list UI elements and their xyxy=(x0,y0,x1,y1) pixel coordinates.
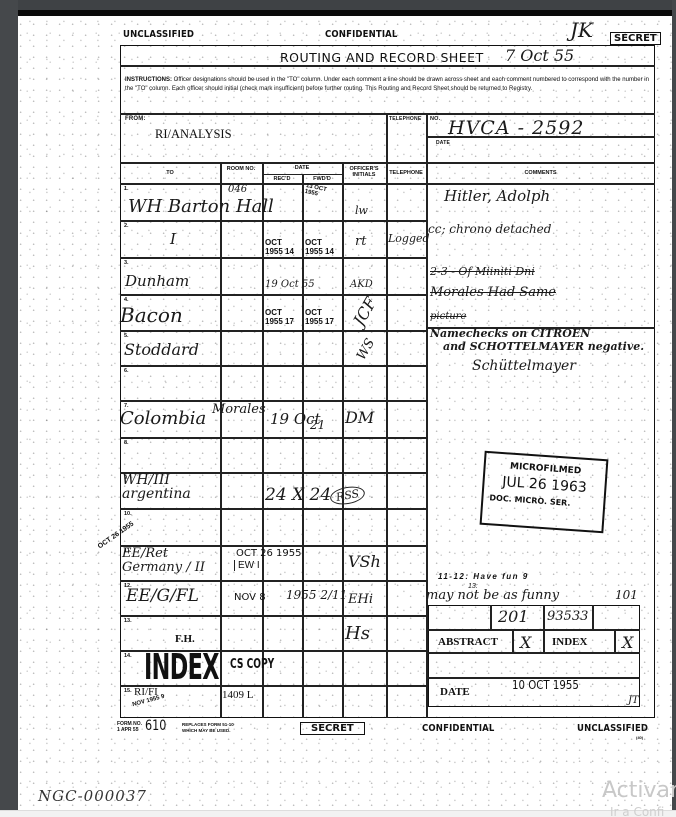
row7-initials: DM xyxy=(345,408,374,427)
handwritten-initials-top: JK xyxy=(570,18,593,42)
row2-recd-stamp: OCT 1955 14 xyxy=(265,238,301,256)
row4-fwdd-stamp: OCT 1955 17 xyxy=(305,308,341,326)
file-prefix: 201 xyxy=(498,607,529,626)
row12-fwdd: 1955 2/11 xyxy=(286,588,347,602)
comment-line-2: cc; chrono detached xyxy=(428,222,551,236)
index-box-hline-1 xyxy=(428,629,640,631)
row-number: 14. xyxy=(124,653,132,659)
row-line-4 xyxy=(120,330,426,332)
instructions-text: Officer designations should be used in t… xyxy=(125,77,649,92)
row-line-2 xyxy=(120,257,426,259)
microfilmed-stamp: MICROFILMED JUL 26 1963 DOC. MICRO. SER. xyxy=(480,451,609,533)
column-header-recd: REC'D xyxy=(262,176,302,182)
row13-to: F.H. xyxy=(175,633,195,645)
row12-initials: EHi xyxy=(348,592,373,607)
row3-to: Dunham xyxy=(125,272,189,290)
comment-line-4-struck: Morales Had Same xyxy=(430,285,556,300)
telephone-label-top: TELEPHONE xyxy=(389,116,421,122)
row-line-5 xyxy=(120,365,426,367)
row12-room-stamp: NOV 8 xyxy=(234,592,266,603)
comment-line-3-struck: 2-3 - Of Miiniti Dni xyxy=(430,265,535,278)
column-header-telephone: TELEPHONE xyxy=(386,170,426,176)
viewer-right-gutter xyxy=(672,0,676,810)
file-number: 93533 xyxy=(547,609,588,624)
form-number: 610 xyxy=(145,718,166,734)
from-divider xyxy=(120,113,655,115)
row11-recd-stamp: OCT 26 1955 xyxy=(236,548,316,559)
row1-room: 046 xyxy=(228,184,247,195)
comment-line-10-suffix: 101 xyxy=(615,588,638,602)
row-number: 5. xyxy=(124,333,129,339)
form-title: ROUTING AND RECORD SHEET xyxy=(280,50,484,65)
comments-header-line xyxy=(426,183,655,185)
title-divider xyxy=(120,65,655,67)
cs-copy-stamp: CS COPY xyxy=(230,657,274,672)
comment-line-7: and SCHOTTELMAYER negative. xyxy=(443,340,644,353)
column-header-to: TO xyxy=(120,170,220,176)
handwritten-title-date: 7 Oct 55 xyxy=(505,46,574,65)
row2-to: I xyxy=(170,230,176,248)
form-number-label: FORM NO. 1 APR 55 xyxy=(117,721,143,733)
index-box-vline-3 xyxy=(592,605,594,629)
row-line-12 xyxy=(120,615,426,617)
index-stamp: INDEX xyxy=(144,647,219,688)
row4-to: Bacon xyxy=(120,303,183,327)
classification-unclassified-top: UNCLASSIFIED xyxy=(123,29,194,40)
row-number: 8. xyxy=(124,440,129,446)
windows-activation-watermark: Activar xyxy=(602,778,676,803)
from-value: RI/ANALYSIS xyxy=(155,127,232,142)
row11-room: EW I xyxy=(234,560,260,571)
header-top-line xyxy=(120,162,655,164)
index-corner-initials: JT xyxy=(628,695,639,706)
viewer-bottom-bar xyxy=(0,810,676,817)
comment-line-1: Hitler, Adolph xyxy=(444,187,550,205)
grid-col-room xyxy=(220,162,222,718)
row2-fwdd-stamp: OCT 1955 14 xyxy=(305,238,341,256)
column-header-fwdd: FWD'D xyxy=(302,176,342,182)
viewer-left-gutter xyxy=(0,0,18,810)
abstract-check: X xyxy=(520,633,531,652)
column-header-date: DATE xyxy=(262,165,342,171)
abstract-label: ABSTRACT xyxy=(438,636,498,648)
row7-fwdd: 21 xyxy=(310,418,325,432)
index-box-hline-2 xyxy=(428,652,640,654)
row1-initials: lw xyxy=(355,204,368,217)
row-number: 10. xyxy=(124,511,132,517)
grid-col-telephone xyxy=(386,162,388,718)
row7-to: Colombia xyxy=(120,408,206,429)
index-box-vline-1 xyxy=(490,605,492,629)
row1-to: WH Barton Hall xyxy=(128,196,274,217)
row-line-6 xyxy=(120,400,426,402)
windows-activation-watermark-sub: Ir a Confi xyxy=(610,805,664,817)
row-line-0 xyxy=(120,183,426,185)
row5-to: Stoddard xyxy=(124,340,199,359)
index-check: X xyxy=(622,633,633,652)
row2-telephone-note: Logged xyxy=(388,232,430,245)
row-line-9 xyxy=(120,508,426,510)
classification-unclassified-bottom: UNCLASSIFIED xyxy=(577,723,648,734)
row-number: 3. xyxy=(124,260,129,266)
column-header-comments: COMMENTS xyxy=(426,170,655,176)
instructions-block: INSTRUCTIONS: Officer designations shoul… xyxy=(125,76,650,93)
scan-top-band xyxy=(18,10,672,16)
replaces-form-note: REPLACES FORM 51-10 WHICH MAY BE USED. xyxy=(182,722,240,733)
row-line-7 xyxy=(120,437,426,439)
row-line-3 xyxy=(120,294,426,296)
row4-recd-stamp: OCT 1955 17 xyxy=(265,308,301,326)
comment-line-8: Schüttelmayer xyxy=(472,358,576,374)
index-date-label: DATE xyxy=(440,686,470,698)
row-number: 15. xyxy=(124,688,132,694)
document-id: NGC-000037 xyxy=(38,787,147,805)
row15-room: 1409 L xyxy=(222,688,258,703)
row-line-11 xyxy=(120,580,426,582)
comment-line-9: 11-12: Have fun 9 xyxy=(438,572,529,581)
from-label: FROM: xyxy=(125,116,146,122)
viewer-top-bar xyxy=(0,0,676,10)
comment-line-5-struck: picture xyxy=(430,311,466,322)
row-number: 2. xyxy=(124,223,129,229)
instructions-label: INSTRUCTIONS: xyxy=(125,77,172,83)
row13-initials: Hs xyxy=(345,623,370,644)
date-label-top: DATE xyxy=(436,140,450,146)
column-header-initials: OFFICER'S INITIALS xyxy=(342,166,386,178)
column-header-room: ROOM NO. xyxy=(220,166,262,172)
row9-recd: 24 X 24 xyxy=(265,485,331,505)
classification-secret-top: SECRET xyxy=(610,32,661,45)
row7-room: Morales xyxy=(212,402,266,417)
comment-line-10: may not be as funny xyxy=(426,588,559,603)
grid-col-initials xyxy=(342,162,344,718)
row2-initials: rt xyxy=(355,234,366,249)
row3-recd: 19 Oct 55 xyxy=(265,279,315,290)
classification-confidential-bottom: CONFIDENTIAL xyxy=(422,723,495,734)
grid-col-fwdd xyxy=(302,174,304,718)
row-number: 1. xyxy=(124,186,129,192)
comment-line-6: Namechecks on CITROEN xyxy=(430,327,590,340)
index-date-value: 10 OCT 1955 xyxy=(512,678,579,692)
index-label: INDEX xyxy=(552,636,587,648)
index-box-vline-5 xyxy=(614,629,616,652)
row-number: 13. xyxy=(124,618,132,624)
classification-confidential-top: CONFIDENTIAL xyxy=(325,29,398,40)
row-number: 6. xyxy=(124,368,129,374)
no-date-divider xyxy=(426,136,655,138)
no-label: NO. xyxy=(430,116,440,122)
row9-to: WH/III argentina xyxy=(122,473,218,501)
row12-to: EE/G/FL xyxy=(126,586,199,606)
grid-col-recd xyxy=(262,162,264,718)
row11-to: EE/Ret Germany / II xyxy=(122,547,232,575)
row3-initials: AKD xyxy=(350,279,373,290)
from-telephone-divider xyxy=(386,113,388,163)
row11-initials: VSh xyxy=(348,552,381,571)
classification-secret-bottom: SECRET xyxy=(300,722,365,735)
row-line-1 xyxy=(120,220,426,222)
form-code: (40) xyxy=(636,735,643,740)
index-box-vline-4 xyxy=(512,629,514,652)
